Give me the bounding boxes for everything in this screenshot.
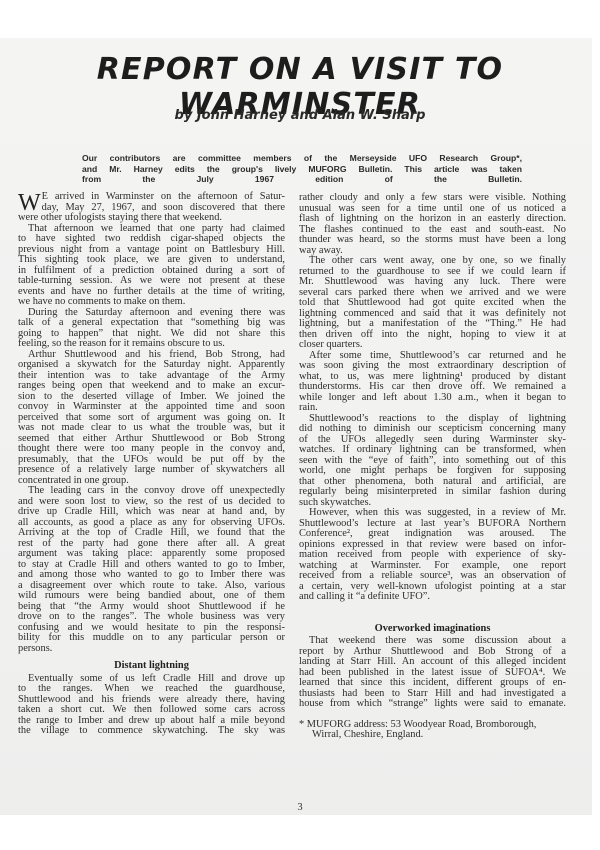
- text-line: told that Shuttlewood had got quite exci…: [299, 298, 566, 309]
- text-line: Arriving at the top of Cradle Hill, we f…: [18, 528, 285, 539]
- spacer: [299, 710, 566, 720]
- contributor-note-line: and Mr. Harney edits the group's lively …: [82, 163, 522, 174]
- text-line: Conference², great indignation was arous…: [299, 529, 566, 540]
- text-line: argument was taking place: apparently so…: [18, 549, 285, 560]
- body-text: rather cloudy and only a few stars were …: [299, 193, 566, 603]
- footnote-line: Wirral, Cheshire, England.: [299, 730, 566, 741]
- text-line: world, one might perhaps be forgiven for…: [299, 466, 566, 477]
- text-line: E arrived in Warminster on the afternoon…: [18, 192, 285, 203]
- text-line: received from a reliable source³, was an…: [299, 571, 566, 582]
- text-line: was not made clear to us what the troubl…: [18, 423, 285, 434]
- text-line: lightning, but a manifestation of the “T…: [299, 319, 566, 330]
- text-line: persons.: [18, 644, 285, 655]
- byline: by John Harney and Alan W. Sharp: [0, 108, 600, 123]
- text-line: drive up Cradle Hill, which was near at …: [18, 507, 285, 518]
- text-line: mation received from people with experie…: [299, 550, 566, 561]
- body-text: were other ufologists staying there that…: [18, 213, 285, 654]
- text-line: was soon giving the most extraordinary d…: [299, 361, 566, 372]
- body-text: Eventually some of us left Cradle Hill a…: [18, 674, 285, 737]
- text-line: That weekend there was some discussion a…: [299, 636, 566, 647]
- text-line: Mr. Shuttlewood was having any luck. The…: [299, 277, 566, 288]
- text-line: table-turning session. As we were not pr…: [18, 276, 285, 287]
- text-line: we have no comments to make on them.: [18, 297, 285, 308]
- text-line: organised a skywatch for the Saturday ni…: [18, 360, 285, 371]
- text-line: the village to commence skywatching. The…: [18, 726, 285, 737]
- text-line: thought there were too many people in th…: [18, 444, 285, 455]
- text-line: thunderstorms. His car then drove off. W…: [299, 382, 566, 393]
- contributor-note: Our contributors are committee members o…: [82, 152, 522, 184]
- page-number: 3: [0, 802, 600, 813]
- subheading-overworked-imaginations: Overworked imaginations: [299, 624, 566, 635]
- body-text: That weekend there was some discussion a…: [299, 636, 566, 710]
- text-line: watches. If ordinary lightning can be tr…: [299, 445, 566, 456]
- text-line: regularly being misinterpreted in simila…: [299, 487, 566, 498]
- left-column: W E arrived in Warminster on the afterno…: [18, 192, 285, 737]
- text-line: This sighting took place, we are given t…: [18, 255, 285, 266]
- text-line: and among those who wanted to go to Imbe…: [18, 570, 285, 581]
- text-line: landing at Starr Hill. An account of thi…: [299, 657, 566, 668]
- text-line: were other ufologists staying there that…: [18, 213, 285, 224]
- footnote: * MUFORG address: 53 Woodyear Road, Brom…: [299, 720, 566, 741]
- text-line: to have sighted two reddish cigar-shaped…: [18, 234, 285, 245]
- right-column: rather cloudy and only a few stars were …: [299, 193, 566, 741]
- text-line: ranges being open that weekend and to ma…: [18, 381, 285, 392]
- contributor-note-line: Our contributors are committee members o…: [82, 152, 522, 163]
- spacer: [299, 603, 566, 617]
- text-line: flash of lightning on the horizon in an …: [299, 214, 566, 225]
- text-line: The other cars went away, one by one, so…: [299, 256, 566, 267]
- text-line: convoy in Warminster at the appointed ti…: [18, 402, 285, 413]
- text-line: and calling it “a definite UFO”.: [299, 592, 566, 603]
- text-line: drove on to the ranges”. The whole busin…: [18, 612, 285, 623]
- text-line: rain.: [299, 403, 566, 414]
- text-line: The leading cars in the convoy drove off…: [18, 486, 285, 497]
- text-line: thunder was heard, so the storms must ha…: [299, 235, 566, 246]
- text-line: presence of a relatively large number of…: [18, 465, 285, 476]
- drop-cap: W: [18, 193, 41, 213]
- text-line: did nothing to diminish our scepticism c…: [299, 424, 566, 435]
- text-line: rather cloudy and only a few stars were …: [299, 193, 566, 204]
- text-line: However, when this was suggested, in a r…: [299, 508, 566, 519]
- text-line: house from which “strange” lights were s…: [299, 699, 566, 710]
- text-line: to the ranges. When we reached the guard…: [18, 684, 285, 695]
- text-line: talk of a general expectation that “some…: [18, 318, 285, 329]
- text-line: learned that since this incident, differ…: [299, 678, 566, 689]
- text-line: taken a short cut. We then followed some…: [18, 705, 285, 716]
- text-line: closer quarters.: [299, 340, 566, 351]
- subheading-distant-lightning: Distant lightning: [18, 661, 285, 672]
- text-line: feeling, so the reason for it remains ob…: [18, 339, 285, 350]
- text-line: bility for this muddle on to any particu…: [18, 633, 285, 644]
- text-line: wild rumours were being bandied about, o…: [18, 591, 285, 602]
- contributor-note-line: from the July 1967 edition of the Bullet…: [82, 173, 522, 184]
- text-line: while longer and left about 1.30 a.m., w…: [299, 393, 566, 404]
